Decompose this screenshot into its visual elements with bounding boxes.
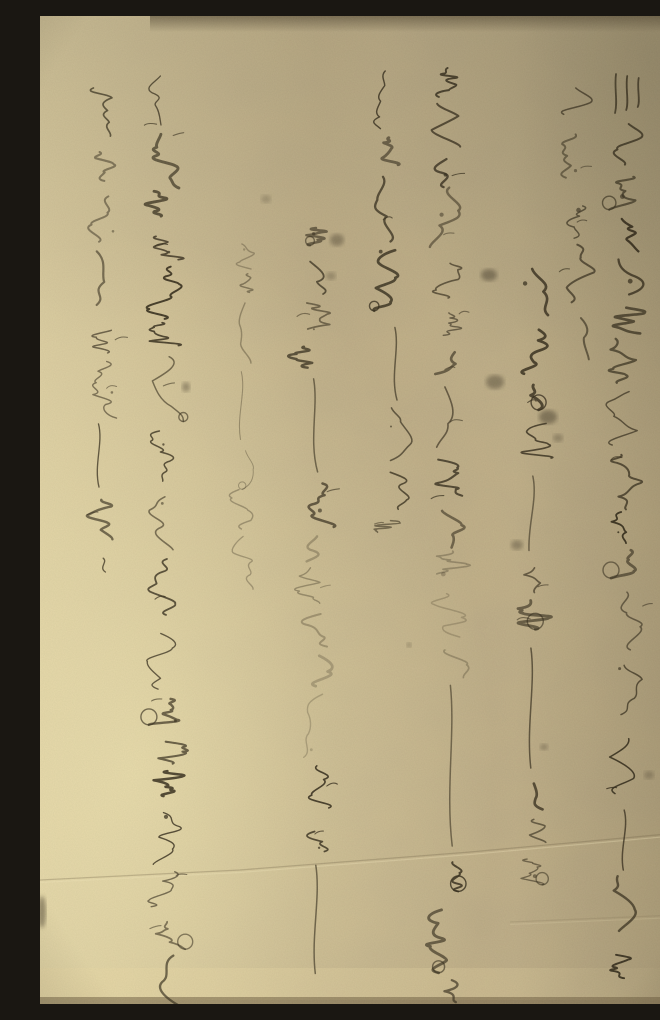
manuscript-canvas [40, 16, 660, 1004]
manuscript-photo: Photograph of a single page of classical… [40, 16, 660, 1004]
vignette [40, 16, 660, 1004]
photo-grain-overlay [40, 16, 660, 1004]
